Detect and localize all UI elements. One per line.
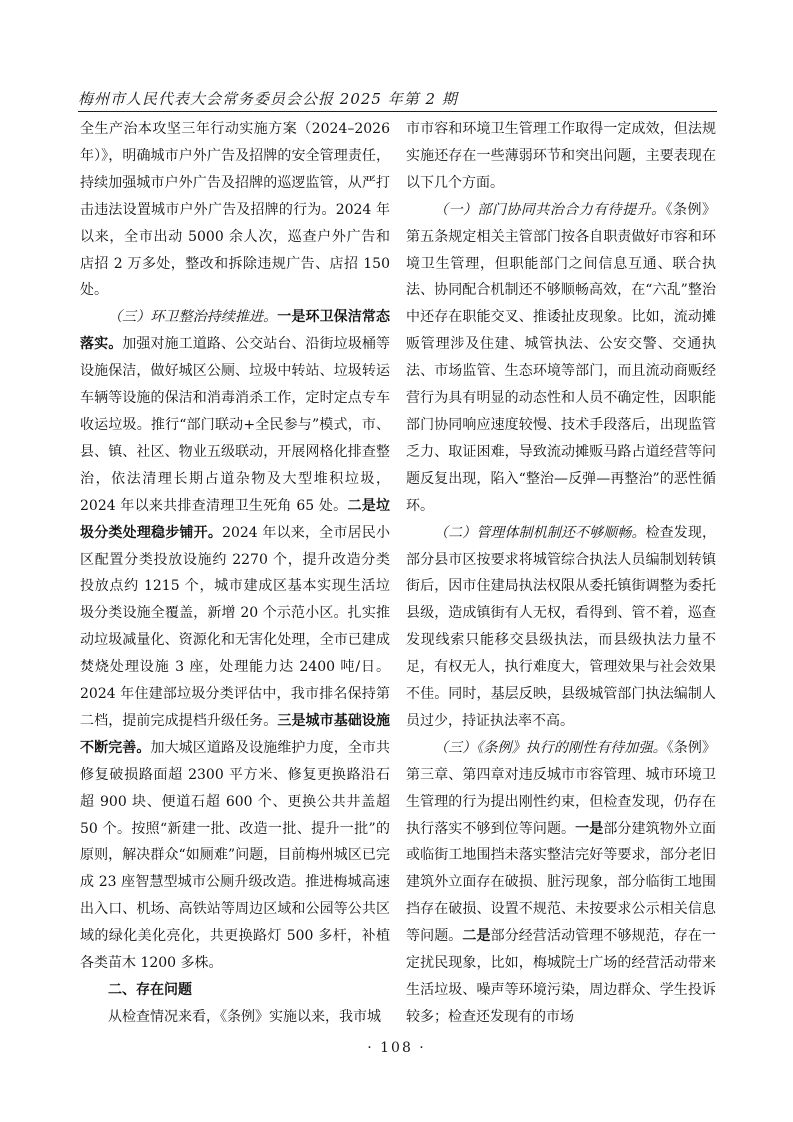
body-text: 检查发现，部分县市区按要求将城管综合执法人员编制划转镇街后，因市住建局执法权限从… [406, 525, 716, 729]
two-column-body: 全生产治本攻坚三年行动实施方案（2024–2026 年）》，明确城市户外广告及招… [80, 116, 716, 1031]
kai-emphasis-text: （二）管理体制机制还不够顺畅。 [434, 525, 646, 541]
kai-emphasis-text: （三）环卫整治持续推进。 [108, 309, 277, 325]
left-column: 全生产治本攻坚三年行动实施方案（2024–2026 年）》，明确城市户外广告及招… [80, 116, 390, 1031]
body-text: 从检查情况来看，《条例》实施以来，我市城 [108, 1009, 381, 1025]
bold-emphasis-text: 一是 [575, 821, 603, 837]
running-header-title: 梅州市人民代表大会常务委员会公报 2025 年第 2 期 [78, 88, 718, 109]
body-text: 市市容和环境卫生管理工作取得一定成效，但法规实施还存在一些薄弱环节和突出问题，主… [406, 121, 716, 191]
body-text: 加大城区道路及设施维护力度，全市共修复破损路面超 2300 平方米、修复更换路沿… [80, 740, 390, 971]
body-text: 全生产治本攻坚三年行动实施方案（2024–2026 年）》，明确城市户外广告及招… [80, 121, 390, 298]
paragraph: （三）《条例》执行的刚性有待加强。《条例》第三章、第四章对违反城市市容管理、城市… [406, 735, 716, 1031]
bold-emphasis-text: 二、存在问题 [108, 982, 192, 998]
paragraph: （二）管理体制机制还不够顺畅。检查发现，部分县市区按要求将城管综合执法人员编制划… [406, 520, 716, 735]
body-text: 加强对施工道路、公交站台、沿街垃圾桶等设施保洁，做好城区公厕、垃圾中转站、垃圾转… [80, 336, 390, 513]
document-page: 梅州市人民代表大会常务委员会公报 2025 年第 2 期 全生产治本攻坚三年行动… [0, 0, 793, 1122]
paragraph: 市市容和环境卫生管理工作取得一定成效，但法规实施还存在一些薄弱环节和突出问题，主… [406, 116, 716, 197]
body-text: 《条例》第五条规定相关主管部门按各自职责做好市容和环境卫生管理，但职能部门之间信… [406, 202, 716, 514]
paragraph: 从检查情况来看，《条例》实施以来，我市城 [80, 1004, 390, 1031]
paragraph: 全生产治本攻坚三年行动实施方案（2024–2026 年）》，明确城市户外广告及招… [80, 116, 390, 304]
body-text: 部分建筑物外立面或临街工地围挡未落实整洁完好等要求，部分老旧建筑外立面存在破损、… [406, 821, 716, 945]
bold-emphasis-text: 二是 [462, 928, 490, 944]
body-text: 2024 年以来，全市居民小区配置分类投放设施约 2270 个，提升改造分类投放… [80, 525, 390, 729]
paragraph: （三）环卫整治持续推进。一是环卫保洁常态落实。加强对施工道路、公交站台、沿街垃圾… [80, 304, 390, 977]
paragraph: 二、存在问题 [80, 977, 390, 1004]
header-rule [78, 111, 717, 112]
kai-emphasis-text: （三）《条例》执行的刚性有待加强。 [434, 740, 667, 756]
page-footer: · 108 · [0, 1040, 793, 1056]
page-number: · 108 · [367, 1040, 426, 1056]
right-column: 市市容和环境卫生管理工作取得一定成效，但法规实施还存在一些薄弱环节和突出问题，主… [406, 116, 716, 1031]
kai-emphasis-text: （一）部门协同共治合力有待提升。 [434, 202, 666, 218]
paragraph: （一）部门协同共治合力有待提升。《条例》第五条规定相关主管部门按各自职责做好市容… [406, 197, 716, 520]
